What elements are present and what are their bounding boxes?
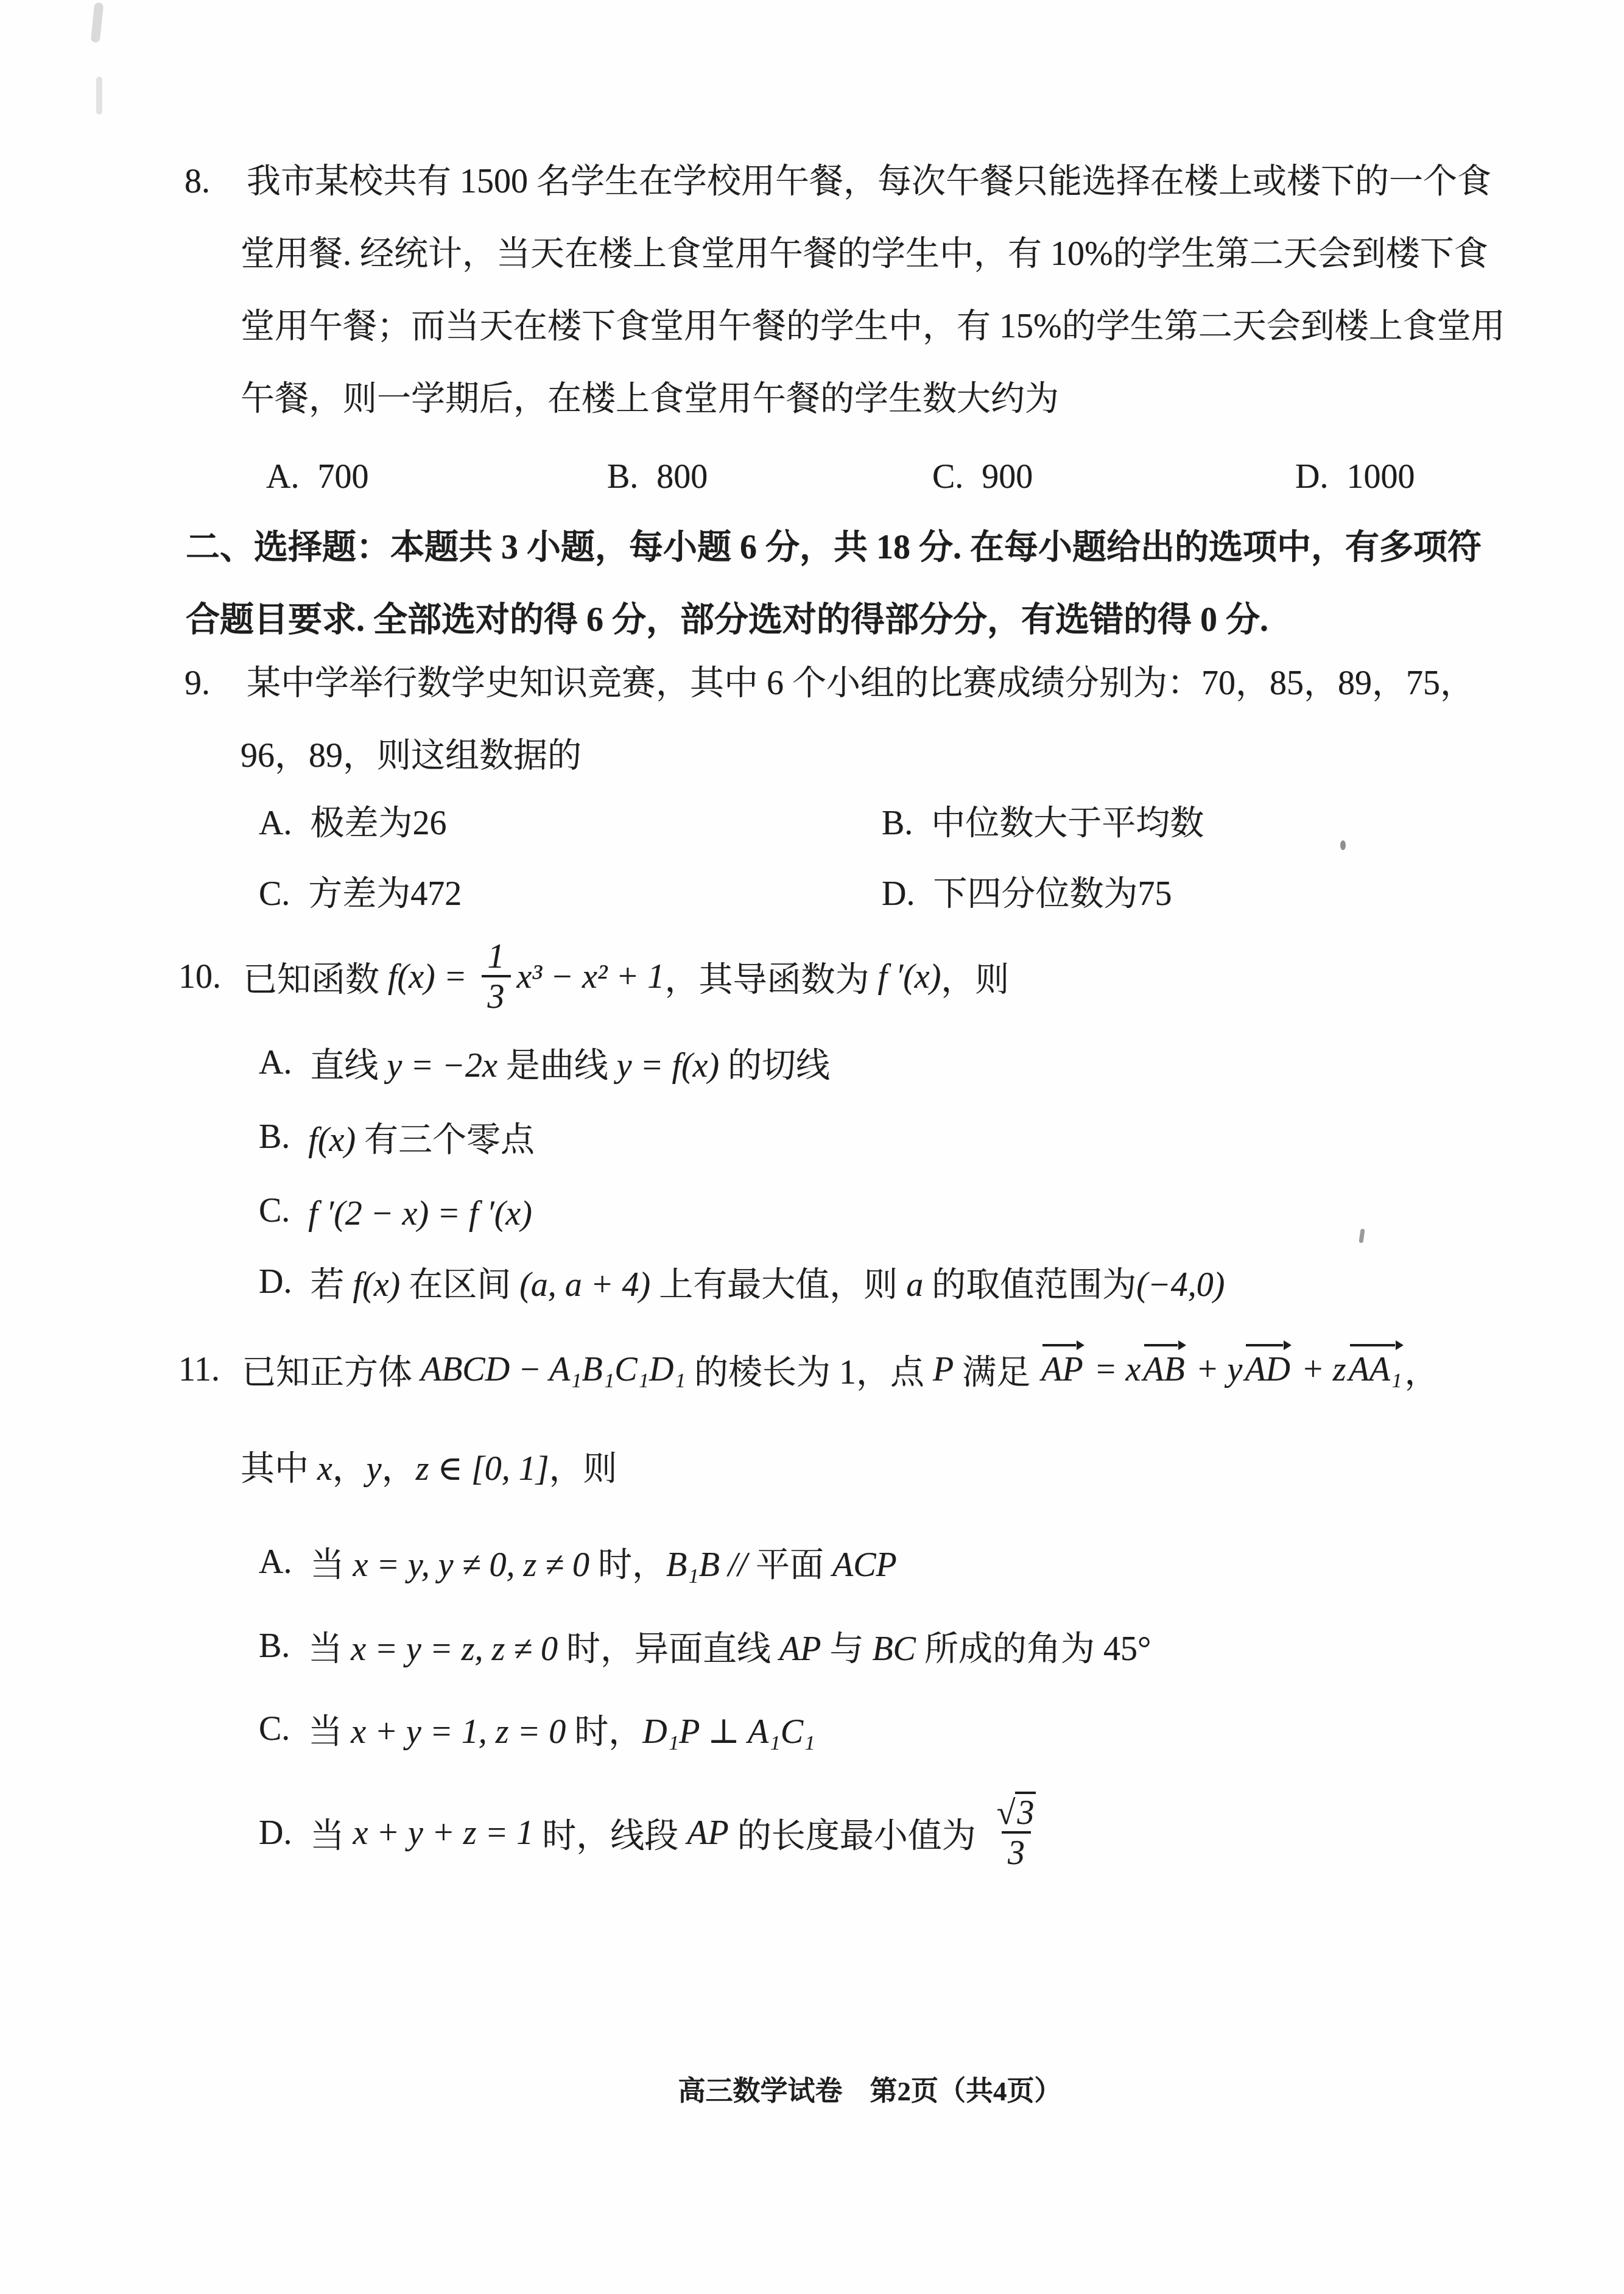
option-text: f ′(2 − x) = f ′(x) xyxy=(308,1192,532,1235)
question-8-line-3: 堂用午餐；而当天在楼下食堂用午餐的学生中，有 15%的学生第二天会到楼上食堂用 xyxy=(0,290,1624,363)
math-text: x + y = 1, z = 0 xyxy=(351,1711,566,1753)
option-value: 方差为472 xyxy=(308,875,462,913)
scan-artifact xyxy=(96,77,102,114)
text: ， xyxy=(332,1448,367,1490)
option-9-a: A.极差为26 xyxy=(259,802,446,845)
math-text: f ′(x) xyxy=(877,957,941,996)
option-value: 700 xyxy=(317,458,368,496)
question-8-line-2: 堂用餐. 经统计，当天在楼上食堂用午餐的学生中，有 10%的学生第二天会到楼下食 xyxy=(0,218,1624,290)
page-footer: 高三数学试卷 第2页（共4页） xyxy=(0,2072,1624,2111)
section-2-heading: 二、选择题：本题共 3 小题，每小题 6 分，共 18 分. 在每小题给出的选项… xyxy=(0,512,1624,656)
question-8-text: 我市某校共有 1500 名学生在学校用午餐，每次午餐只能选择在楼上或楼下的一个食 xyxy=(247,163,1491,200)
math-text: a xyxy=(906,1264,923,1306)
option-text: 直线 y = −2x 是曲线 y = f(x) 的切线 xyxy=(310,1044,830,1087)
question-8-number: 8. xyxy=(185,146,210,218)
math-text: BC xyxy=(872,1628,916,1670)
option-9-b: B.中位数大于平均数 xyxy=(882,802,1204,845)
text: 时， xyxy=(589,1544,666,1586)
question-9-line-2: 96，89，则这组数据的 xyxy=(0,720,1624,792)
fraction: 13 xyxy=(482,938,511,1016)
option-text: 当 x + y + z = 1 时，线段 AP 的长度最小值为 √33 xyxy=(310,1795,1048,1872)
text: 上有最大值，则 xyxy=(650,1264,906,1306)
option-label: D. xyxy=(1295,458,1328,496)
option-label: A. xyxy=(259,1543,292,1581)
option-label: B. xyxy=(259,1627,290,1665)
section-2-heading-line-1: 二、选择题：本题共 3 小题，每小题 6 分，共 18 分. 在每小题给出的选项… xyxy=(0,512,1624,584)
option-value: 下四分位数为75 xyxy=(933,875,1172,913)
sqrt-radical: √ xyxy=(997,1794,1016,1832)
text: 平面 xyxy=(747,1544,832,1586)
math-text: x + y + z = 1 xyxy=(353,1814,533,1852)
math-text: P xyxy=(933,1350,954,1389)
math-text: z xyxy=(1333,1350,1346,1389)
text: 是曲线 xyxy=(497,1044,617,1087)
option-text: f(x) 有三个零点 xyxy=(308,1119,535,1161)
option-10-c: C.f ′(2 − x) = f ′(x) xyxy=(0,1189,1624,1235)
question-9-line-1: 9. 某中学举行数学史知识竞赛，其中 6 个小组的比赛成绩分别为：70，85，8… xyxy=(0,647,1624,720)
scan-speck xyxy=(1340,840,1346,850)
text: ，则 xyxy=(941,952,1009,1001)
option-11-b: B.当 x = y = z, z ≠ 0 时，异面直线 AP 与 BC 所成的角… xyxy=(0,1625,1624,1670)
option-value: 800 xyxy=(656,458,708,496)
option-8-c: C.900 xyxy=(932,456,1033,498)
option-label: D. xyxy=(259,1263,292,1301)
option-label: B. xyxy=(259,1118,290,1156)
question-10-number: 10. xyxy=(178,957,221,996)
text: ， xyxy=(382,1448,416,1490)
option-value: 900 xyxy=(982,458,1033,496)
question-10: 10. 已知函数 f(x) = 13x³ − x² + 1，其导函数为 f ′(… xyxy=(0,919,1624,1035)
text: 所成的角为 45° xyxy=(916,1628,1151,1670)
text: 已知函数 xyxy=(243,952,388,1001)
question-8-line-1: 8. 我市某校共有 1500 名学生在学校用午餐，每次午餐只能选择在楼上或楼下的… xyxy=(0,146,1624,218)
text: 当 xyxy=(308,1628,351,1670)
question-8-line-4: 午餐，则一学期后，在楼上食堂用午餐的学生数大约为 xyxy=(0,363,1624,435)
question-10-formula: 已知函数 f(x) = 13x³ − x² + 1，其导函数为 f ′(x)，则 xyxy=(243,938,1009,1016)
text: 满足 xyxy=(954,1345,1039,1394)
option-8-a: A.700 xyxy=(266,456,368,498)
math-text: y xyxy=(1228,1350,1243,1389)
option-text: 若 f(x) 在区间 (a, a + 4) 上有最大值，则 a 的取值范围为(−… xyxy=(310,1264,1225,1306)
math-text: y xyxy=(367,1448,382,1490)
vector-arrow: AB xyxy=(1143,1350,1184,1389)
text: 时， xyxy=(566,1711,642,1753)
option-text: 当 x = y = z, z ≠ 0 时，异面直线 AP 与 BC 所成的角为 … xyxy=(308,1628,1151,1670)
option-label: D. xyxy=(882,875,915,913)
question-11: 11. 已知正方体 ABCD − A₁B₁C₁D₁ 的棱长为 1，点 P 满足 … xyxy=(0,1324,1624,1415)
text: 已知正方体 xyxy=(242,1345,421,1394)
math-text: y = −2x xyxy=(387,1044,497,1087)
text: 在区间 xyxy=(400,1264,519,1306)
option-label: D. xyxy=(259,1814,292,1852)
math-text: D₁P ⊥ A₁C₁ xyxy=(642,1711,815,1753)
option-11-a: A.当 x = y, y ≠ 0, z ≠ 0 时，B₁B // 平面 ACP xyxy=(0,1541,1624,1586)
math-text: ABCD − A₁B₁C₁D₁ xyxy=(421,1350,686,1389)
option-label: C. xyxy=(259,1710,290,1748)
option-9-c: C.方差为472 xyxy=(259,873,462,915)
exam-page: 8. 我市某校共有 1500 名学生在学校用午餐，每次午餐只能选择在楼上或楼下的… xyxy=(0,0,1624,2294)
math-text: + xyxy=(1187,1350,1228,1389)
section-2-heading-line-2: 合题目要求. 全部选对的得 6 分，部分选对的得部分分，有选错的得 0 分. xyxy=(0,584,1624,656)
option-label: A. xyxy=(266,458,299,496)
option-10-a: A.直线 y = −2x 是曲线 y = f(x) 的切线 xyxy=(0,1041,1624,1087)
text: 其中 xyxy=(241,1448,317,1490)
option-label: B. xyxy=(882,804,913,842)
math-text: ACP xyxy=(832,1544,897,1586)
option-text: 当 x = y, y ≠ 0, z ≠ 0 时，B₁B // 平面 ACP xyxy=(310,1544,896,1586)
text: 的长度最小值为 xyxy=(729,1809,985,1857)
question-9: 9. 某中学举行数学史知识竞赛，其中 6 个小组的比赛成绩分别为：70，85，8… xyxy=(0,647,1624,792)
text: 时，线段 xyxy=(533,1809,687,1857)
math-text: B₁B // xyxy=(666,1544,747,1586)
math-text: x = y, y ≠ 0, z ≠ 0 xyxy=(353,1544,589,1586)
text: 若 xyxy=(310,1264,353,1306)
math-text: z ∈ [0, 1] xyxy=(416,1448,549,1490)
math-text: x = y = z, z ≠ 0 xyxy=(351,1628,558,1670)
scan-artifact xyxy=(91,2,104,43)
math-text: x xyxy=(317,1448,332,1490)
math-text: AP xyxy=(687,1814,728,1852)
math-text: f(x) xyxy=(308,1119,356,1161)
text: ，其导函数为 xyxy=(664,952,877,1001)
question-8: 8. 我市某校共有 1500 名学生在学校用午餐，每次午餐只能选择在楼上或楼下的… xyxy=(0,146,1624,435)
math-text: f(x) xyxy=(353,1264,400,1306)
option-10-b: B.f(x) 有三个零点 xyxy=(0,1116,1624,1161)
option-8-b: B.800 xyxy=(607,456,708,498)
option-10-d: D.若 f(x) 在区间 (a, a + 4) 上有最大值，则 a 的取值范围为… xyxy=(0,1261,1624,1306)
question-11-line-2: 其中 x，y，z ∈ [0, 1]，则 xyxy=(0,1444,1624,1490)
option-label: A. xyxy=(259,804,292,842)
math-text: (−4,0) xyxy=(1136,1264,1225,1306)
option-label: A. xyxy=(259,1044,292,1082)
option-value: 极差为26 xyxy=(310,804,446,842)
option-label: C. xyxy=(259,875,290,913)
math-text: y = f(x) xyxy=(617,1044,719,1087)
option-text: 当 x + y = 1, z = 0 时，D₁P ⊥ A₁C₁ xyxy=(308,1711,815,1753)
question-11-formula: 已知正方体 ABCD − A₁B₁C₁D₁ 的棱长为 1，点 P 满足 AP =… xyxy=(242,1345,1439,1394)
math-text: f ′(2 − x) = f ′(x) xyxy=(308,1192,532,1235)
option-label: B. xyxy=(607,458,638,496)
option-11-c: C.当 x + y = 1, z = 0 时，D₁P ⊥ A₁C₁ xyxy=(0,1708,1624,1753)
option-11-d: D.当 x + y + z = 1 时，线段 AP 的长度最小值为 √33 xyxy=(0,1775,1624,1891)
text: 有三个零点 xyxy=(356,1119,535,1161)
math-text: AP xyxy=(779,1628,821,1670)
option-label: C. xyxy=(932,458,963,496)
vector-arrow: AA₁ xyxy=(1349,1350,1402,1389)
option-label: C. xyxy=(259,1192,290,1230)
text: 与 xyxy=(821,1628,872,1670)
text: 直线 xyxy=(310,1044,387,1087)
math-text: f(x) = xyxy=(388,957,476,996)
math-text: + xyxy=(1293,1350,1333,1389)
option-value: 中位数大于平均数 xyxy=(931,804,1204,842)
math-text: (a, a + 4) xyxy=(519,1264,650,1306)
option-value: 1000 xyxy=(1346,458,1415,496)
question-11-condition: 其中 x，y，z ∈ [0, 1]，则 xyxy=(241,1448,617,1490)
text: 的棱长为 1，点 xyxy=(686,1345,933,1394)
text: 当 xyxy=(310,1809,353,1857)
math-text: = xyxy=(1086,1350,1126,1389)
fraction: √33 xyxy=(991,1795,1042,1872)
text: 时，异面直线 xyxy=(558,1628,779,1670)
text: 当 xyxy=(310,1544,353,1586)
text: 的取值范围为 xyxy=(923,1264,1136,1306)
option-8-d: D.1000 xyxy=(1295,456,1415,498)
question-9-text: 某中学举行数学史知识竞赛，其中 6 个小组的比赛成绩分别为：70，85，89，7… xyxy=(247,664,1474,702)
question-9-number: 9. xyxy=(185,647,210,720)
text: ， xyxy=(1405,1345,1439,1394)
text: 当 xyxy=(308,1711,351,1753)
text: ，则 xyxy=(549,1448,617,1490)
question-11-number: 11. xyxy=(178,1350,220,1389)
math-text: x xyxy=(1125,1350,1141,1389)
vector-arrow: AP xyxy=(1041,1350,1083,1389)
text: 的切线 xyxy=(719,1044,830,1087)
math-text: x³ − x² + 1 xyxy=(517,957,665,996)
option-9-d: D.下四分位数为75 xyxy=(882,873,1172,915)
vector-arrow: AD xyxy=(1245,1350,1290,1389)
